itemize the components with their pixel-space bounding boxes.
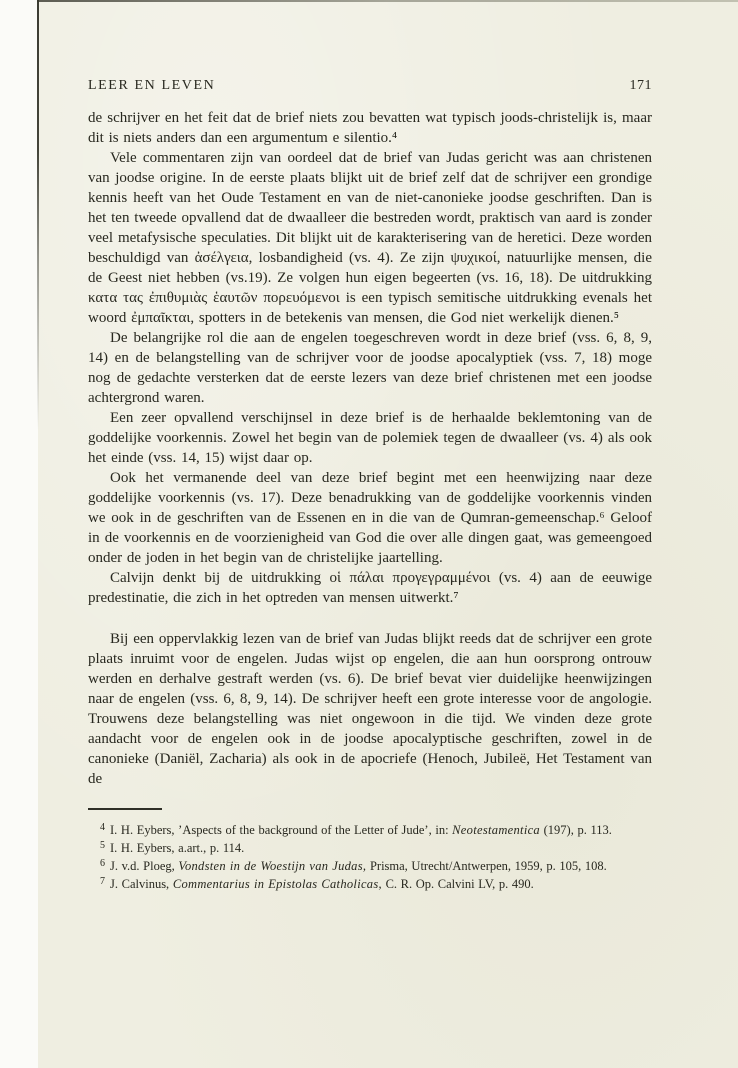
- page-content: LEER EN LEVEN 171 de schrijver en het fe…: [88, 0, 652, 892]
- footnote-text: C. R. Op. Calvini LV, p. 490.: [382, 877, 534, 891]
- paragraph: Ook het vermanende deel van deze brief b…: [88, 468, 652, 568]
- running-header: LEER EN LEVEN 171: [88, 78, 652, 94]
- paragraph: Vele commentaren zijn van oordeel dat de…: [88, 148, 652, 328]
- paragraph: Een zeer opvallend verschijnsel in deze …: [88, 408, 652, 468]
- footnote: 6J. v.d. Ploeg, Vondsten in de Woestijn …: [88, 856, 652, 874]
- body-text: de schrijver en het feit dat de brief ni…: [88, 108, 652, 789]
- footnote-text: I. H. Eybers, a.art., p. 114.: [110, 841, 244, 855]
- page-number: 171: [630, 78, 653, 94]
- footnote-text: J. Calvinus,: [110, 877, 173, 891]
- footnote-number: 4: [100, 822, 105, 833]
- footnote: 7J. Calvinus, Commentarius in Epistolas …: [88, 874, 652, 892]
- paragraph: Calvijn denkt bij de uitdrukking οἱ πάλα…: [88, 568, 652, 608]
- footnote-block: 4I. H. Eybers, ’Aspects of the backgroun…: [88, 808, 652, 892]
- footnote-separator-rule: [88, 808, 162, 810]
- journal-title: LEER EN LEVEN: [88, 78, 215, 94]
- footnote: 5I. H. Eybers, a.art., p. 114.: [88, 838, 652, 856]
- footnote-italic-title: Vondsten in de Woestijn van Judas,: [178, 859, 366, 873]
- footnote-italic-title: Neotestamentica: [452, 823, 540, 837]
- scan-edge-vertical-line: [37, 0, 39, 430]
- footnote-text: I. H. Eybers, ’Aspects of the background…: [110, 823, 452, 837]
- paragraph: de schrijver en het feit dat de brief ni…: [88, 108, 652, 148]
- footnote-italic-title: Commentarius in Epistolas Catholicas,: [173, 877, 382, 891]
- footnote-number: 6: [100, 858, 105, 869]
- paragraph: Bij een oppervlakkig lezen van de brief …: [88, 629, 652, 789]
- footnote-text: (197), p. 113.: [540, 823, 612, 837]
- footnote-number: 5: [100, 840, 105, 851]
- footnote-number: 7: [100, 876, 105, 887]
- footnote: 4I. H. Eybers, ’Aspects of the backgroun…: [88, 820, 652, 838]
- footnote-text: J. v.d. Ploeg,: [110, 859, 178, 873]
- footnote-text: Prisma, Utrecht/Antwerpen, 1959, p. 105,…: [366, 859, 606, 873]
- scanned-book-page: LEER EN LEVEN 171 de schrijver en het fe…: [0, 0, 738, 1068]
- paragraph: De belangrijke rol die aan de engelen to…: [88, 328, 652, 408]
